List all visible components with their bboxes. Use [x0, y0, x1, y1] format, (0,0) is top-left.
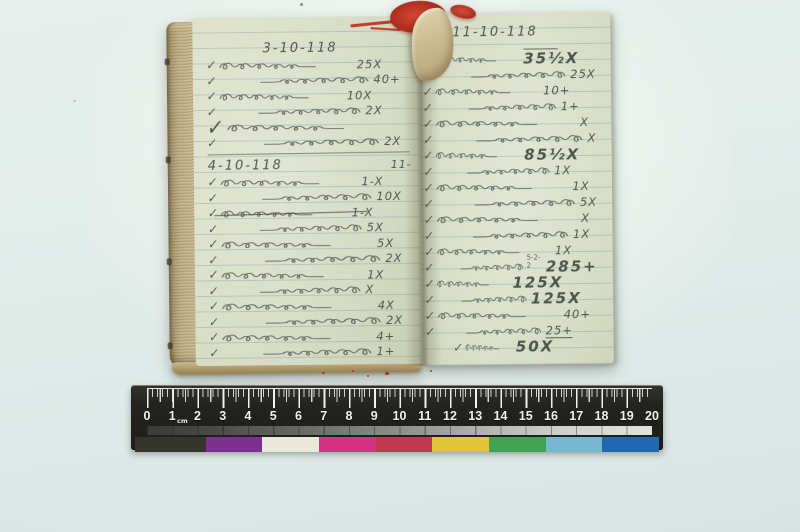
- tick-mark: ✓: [207, 206, 218, 221]
- handwritten-entry: ✓ 125X: [425, 290, 607, 308]
- tick-mark: ✓: [424, 228, 435, 243]
- color-swatch: [319, 437, 376, 452]
- centimeter-ticks: [147, 389, 652, 408]
- handwritten-entry: ✓ 5X: [424, 194, 606, 212]
- binding-stitch: [166, 156, 171, 163]
- tick-mark: ✓: [453, 340, 464, 355]
- tick-mark: ✓: [424, 260, 435, 275]
- entry-list: ✓ 1-X ✓ 10X ✓ 1-X: [208, 173, 414, 361]
- right-page-content: 11-10-118 ✓ 35½X ✓ 25X: [422, 22, 607, 356]
- tick-mark: ✓: [207, 191, 218, 206]
- handwriting-squiggle: [218, 106, 362, 118]
- tick-mark: ✓: [424, 244, 435, 259]
- red-speck: [385, 372, 389, 375]
- entry-amount: 2X: [365, 103, 382, 117]
- tick-mark: ✓: [206, 89, 217, 104]
- entry-amount: 1-X: [361, 174, 383, 188]
- entry-amount: 1X: [554, 163, 571, 177]
- entry-amount: X: [581, 211, 590, 225]
- binding-stitch: [165, 58, 170, 65]
- entry-amount: 1X: [367, 267, 384, 281]
- entry-amount: 4+: [376, 329, 395, 343]
- tick-mark: ✓: [208, 284, 219, 299]
- handwriting-squiggle: [221, 331, 374, 343]
- handwriting-squiggle: [218, 74, 370, 86]
- handwriting-squiggle: [435, 133, 585, 145]
- tick-mark: ✓: [422, 116, 433, 131]
- handwriting-squiggle: [437, 309, 561, 320]
- entry-note: 5-2-2: [526, 254, 542, 270]
- handwritten-entry: ✓ 1+: [423, 98, 605, 116]
- left-page-content: 3-10-118 ✓ 25X ✓ 40+ ✓: [206, 38, 413, 361]
- entry-amount: 10+: [543, 83, 570, 97]
- handwriting-squiggle: [436, 294, 528, 305]
- handwriting-squiggle: [436, 229, 570, 240]
- color-swatch: [602, 437, 659, 452]
- entry-amount: 5X: [580, 195, 597, 209]
- handwriting-squiggle: [436, 213, 579, 224]
- handwritten-entry: ✓ 4+: [209, 328, 413, 346]
- entry-amount: 1X: [572, 179, 589, 193]
- tick-mark: ✓: [207, 222, 218, 237]
- tick-mark: ✓: [207, 136, 218, 151]
- entry-amount: 1+: [561, 99, 580, 113]
- handwriting-squiggle: [219, 176, 358, 187]
- handwritten-entry: ✓ 1X: [209, 266, 413, 283]
- entry-amount: 2X: [385, 251, 402, 265]
- handwriting-squiggle: [434, 69, 567, 80]
- handwriting-squiggle: [435, 181, 569, 192]
- entry-amount: 285+: [546, 257, 598, 275]
- tick-mark: ✓: [424, 292, 435, 307]
- handwriting-squiggle: [435, 165, 551, 176]
- handwritten-entry: ✓ 10+: [423, 82, 605, 100]
- scale-graduations: 01234567891011121314151617181920 cm: [147, 388, 652, 447]
- handwritten-entry: ✓ 2X: [209, 250, 413, 268]
- tick-mark: ✓: [423, 180, 434, 195]
- entry-amount: 1X: [573, 227, 590, 241]
- color-swatch: [135, 437, 206, 452]
- handwriting-squiggle: [220, 300, 374, 312]
- handwritten-entry: ✓ 2X: [207, 133, 411, 151]
- tick-mark: ✓: [208, 237, 219, 252]
- handwriting-squiggle: [465, 342, 513, 353]
- date-suffix: 11-: [391, 157, 412, 170]
- entry-amount: 1X: [555, 243, 572, 257]
- date-heading: 3-10-118: [206, 38, 410, 58]
- ruler-ticks: [147, 388, 652, 409]
- photograph: 3-10-118 ✓ 25X ✓ 40+ ✓: [0, 0, 800, 532]
- handwriting-squiggle: [219, 136, 381, 148]
- red-speck: [352, 370, 354, 372]
- handwritten-entry: ✓ 1+: [210, 343, 414, 361]
- binding-stitch: [167, 258, 172, 265]
- tick-mark: ✓: [425, 324, 436, 339]
- entry-amount: 25+: [546, 323, 573, 338]
- dust-speck: [73, 100, 76, 102]
- color-swatch: [262, 437, 319, 452]
- color-swatch: [432, 437, 489, 452]
- color-swatch: [376, 437, 433, 452]
- date-text: 4-10-118: [208, 158, 283, 174]
- handwritten-entry: ✓ 5-2-2 285+: [425, 258, 607, 275]
- tick-mark: ✓: [423, 132, 434, 147]
- handwritten-entry: ✓ 2X: [207, 102, 411, 120]
- handwritten-entry: ✓ 1-X: [208, 204, 412, 222]
- handwriting-squiggle: [435, 197, 577, 208]
- tick-mark: ✓: [206, 74, 217, 89]
- tick-mark: ✓: [422, 84, 433, 99]
- tick-mark: ✓: [208, 315, 219, 330]
- handwriting-squiggle: [434, 101, 557, 112]
- handwritten-entry: ✓ X: [423, 114, 605, 132]
- handwritten-entry: ✓ 5X: [209, 235, 413, 253]
- handwriting-squiggle: [436, 278, 509, 289]
- entry-amount: X: [580, 115, 589, 129]
- handwritten-entry: ✓ 40+: [207, 71, 411, 89]
- grayscale-gradient-bar: [147, 426, 652, 435]
- entry-amount: 35½X: [523, 49, 579, 68]
- red-speck: [367, 375, 369, 377]
- tick-mark: ✓: [423, 164, 434, 179]
- tick-mark: ✓: [208, 253, 219, 268]
- red-speck: [322, 372, 325, 374]
- handwriting-squiggle: [220, 285, 362, 296]
- handwritten-entry: ✓ X: [424, 210, 606, 228]
- handwriting-squiggle: [220, 238, 374, 250]
- entry-amount: X: [365, 282, 374, 296]
- handwriting-squiggle: [221, 346, 374, 358]
- entry-list: ✓ 25X ✓ 40+ ✓ 10X: [207, 56, 412, 151]
- entry-list: ✓ 35½X ✓ 25X ✓ 10+: [423, 50, 608, 356]
- handwriting-squiggle: [220, 223, 364, 235]
- handwriting-squiggle: [542, 26, 601, 36]
- handwritten-entry: ✓ 85½X: [424, 146, 606, 163]
- tick-mark: ✓: [206, 58, 217, 73]
- tick-mark: ✓: [207, 175, 218, 190]
- handwriting-squiggle: [437, 325, 543, 336]
- entry-amount: 40+: [373, 72, 400, 86]
- handwriting-squiggle: [218, 59, 354, 70]
- tick-mark: ✓: [208, 268, 219, 283]
- handwritten-entry: ✓ 1-X: [208, 173, 412, 191]
- entry-amount: 10X: [376, 189, 402, 203]
- handwritten-entry: ✓ 25X: [207, 56, 411, 74]
- entry-amount: 85½X: [524, 145, 580, 163]
- handwriting-squiggle: [218, 90, 344, 101]
- tick-mark: ✓: [424, 276, 435, 291]
- handwriting-squiggle: [219, 191, 373, 203]
- tick-mark: ✓: [209, 346, 220, 361]
- tick-mark: ✓: [423, 212, 434, 227]
- handwriting-squiggle: [434, 85, 540, 96]
- handwriting-squiggle: [435, 117, 578, 128]
- handwriting-squiggle: [221, 315, 383, 327]
- handwriting-squiggle: [523, 41, 557, 49]
- handwriting-squiggle: [435, 150, 521, 160]
- color-calibration-swatches: [135, 437, 659, 452]
- scale-bar: 01234567891011121314151617181920 cm: [131, 385, 663, 450]
- entry-amount: 2X: [384, 134, 401, 148]
- tick-mark: ✓: [209, 330, 220, 345]
- handwritten-entry: ✓ 25X: [423, 66, 605, 84]
- entry-amount: 40+: [564, 307, 591, 321]
- entry-amount: 125X: [531, 289, 582, 308]
- entry-amount: 1-X: [352, 205, 374, 219]
- color-swatch: [546, 437, 603, 452]
- handwriting-squiggle: [219, 207, 348, 218]
- red-speck: [430, 370, 432, 372]
- tick-mark: ✓: [424, 308, 435, 323]
- tick-mark: ✓: [422, 100, 433, 115]
- color-swatch: [489, 437, 546, 452]
- tick-mark: ✓: [208, 299, 219, 314]
- ruler-number-row: 01234567891011121314151617181920: [147, 409, 652, 424]
- handwritten-entry: ✓ 1X: [424, 178, 606, 196]
- color-swatch: [206, 437, 263, 452]
- entry-amount: 5X: [377, 236, 394, 250]
- notebook: 3-10-118 ✓ 25X ✓ 40+ ✓: [164, 2, 620, 373]
- entry-amount: 10X: [347, 88, 373, 102]
- handwriting-squiggle: [225, 121, 390, 133]
- entry-amount: 1+: [376, 344, 395, 358]
- handwriting-squiggle: [220, 269, 364, 280]
- entry-amount: X: [587, 131, 596, 145]
- entry-amount: 2X: [386, 313, 403, 327]
- handwritten-entry: ✓ 5X: [208, 219, 412, 237]
- binding-stitch: [168, 342, 173, 349]
- entry-amount: 4X: [378, 298, 395, 312]
- handwritten-entry: ✓ 1X: [424, 162, 606, 180]
- entry-amount: 25X: [357, 57, 383, 71]
- handwriting-squiggle: [220, 253, 382, 265]
- handwriting-squiggle: [436, 262, 525, 272]
- entry-amount: 25X: [570, 67, 596, 81]
- date-text: 3-10-118: [262, 40, 337, 56]
- ruler-unit-label: cm: [177, 417, 188, 425]
- handwriting-squiggle: [287, 160, 387, 170]
- handwritten-entry: ✓ 40+: [425, 306, 607, 324]
- tick-mark: ✓: [423, 148, 434, 163]
- tick-mark: ✓: [423, 196, 434, 211]
- handwritten-entry: ✓ 4X: [209, 297, 413, 315]
- handwritten-entry: ✓ 1X: [424, 226, 606, 244]
- handwritten-entry: ✓ 50X: [426, 338, 608, 356]
- entry-amount: 50X: [516, 337, 555, 355]
- entry-amount: 5X: [367, 220, 384, 234]
- date-heading: 4-10-118 11-: [208, 155, 412, 175]
